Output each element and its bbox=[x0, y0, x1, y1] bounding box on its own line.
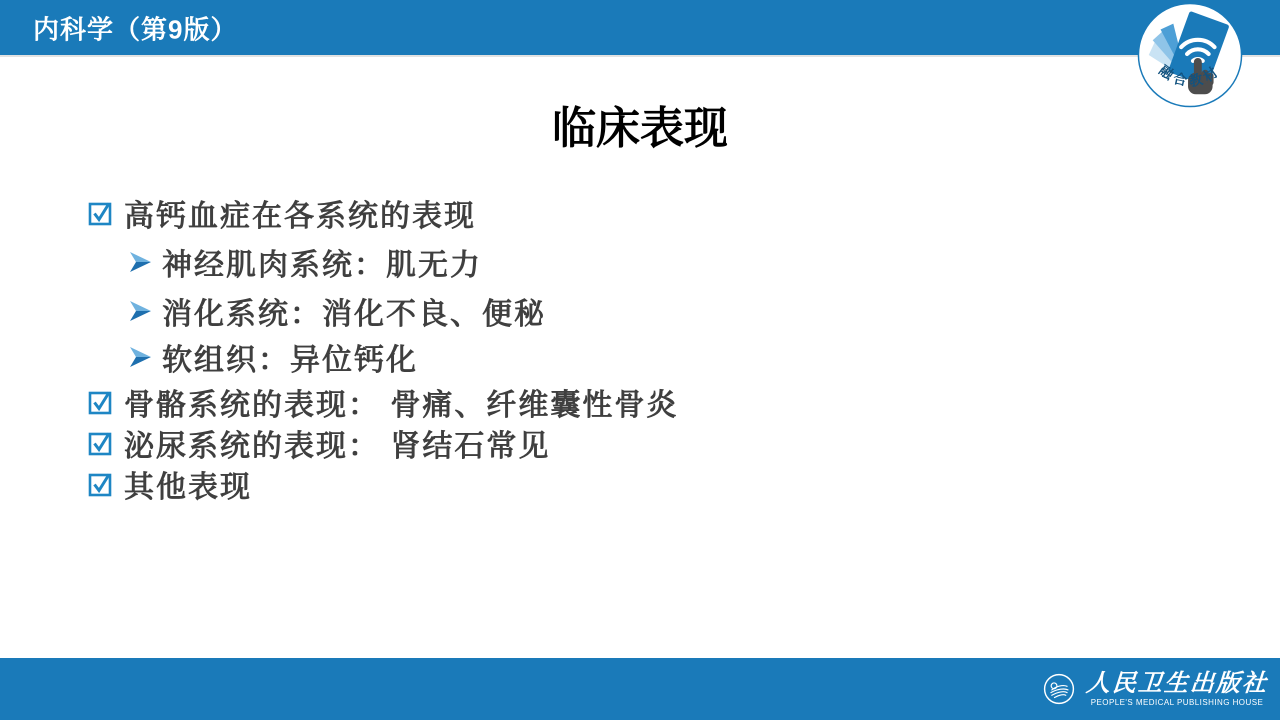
arrow-bullet-icon bbox=[128, 345, 152, 369]
bullet-row: 泌尿系统的表现： 肾结石常见 bbox=[88, 426, 678, 460]
bullet-row: 骨骼系统的表现： 骨痛、纤维囊性骨炎 bbox=[88, 385, 678, 419]
header-bar: 内科学（第9版） bbox=[0, 0, 1280, 57]
arrow-bullet-icon bbox=[128, 299, 152, 323]
publisher-name-en: PEOPLE'S MEDICAL PUBLISHING HOUSE bbox=[1091, 698, 1264, 707]
sub-bullet-row: 神经肌肉系统：肌无力 bbox=[128, 245, 678, 279]
book-title: 内科学（第9版） bbox=[33, 9, 237, 46]
bullet-text: 其他表现 bbox=[124, 462, 252, 506]
publisher-name-cn: 人民卫生出版社 bbox=[1085, 672, 1269, 696]
checkbox-checked-icon bbox=[88, 200, 114, 226]
bullet-text: 泌尿系统的表现： 肾结石常见 bbox=[124, 421, 550, 465]
checkbox-checked-icon bbox=[88, 430, 114, 456]
sub-bullet-row: 消化系统：消化不良、便秘 bbox=[128, 294, 678, 328]
checkbox-checked-icon bbox=[88, 471, 114, 497]
bullet-row: 其他表现 bbox=[88, 467, 678, 501]
arrow-bullet-icon bbox=[128, 250, 152, 274]
bullet-row: 高钙血症在各系统的表现 bbox=[88, 196, 678, 230]
sub-bullet-row: 软组织：异位钙化 bbox=[128, 340, 678, 374]
slide: 内科学（第9版） 融合教材 bbox=[0, 0, 1280, 720]
bullet-text: 软组织：异位钙化 bbox=[162, 335, 418, 379]
bullet-text: 骨骼系统的表现： 骨痛、纤维囊性骨炎 bbox=[124, 380, 678, 424]
bullet-text: 消化系统：消化不良、便秘 bbox=[162, 289, 546, 333]
bullet-text: 高钙血症在各系统的表现 bbox=[124, 191, 476, 235]
bullet-text: 神经肌肉系统：肌无力 bbox=[162, 240, 482, 284]
footer-bar: 人民卫生出版社 PEOPLE'S MEDICAL PUBLISHING HOUS… bbox=[0, 658, 1280, 720]
bullet-list: 高钙血症在各系统的表现 神经肌肉系统：肌无力 消化系统：消化不良、便秘 bbox=[88, 196, 678, 501]
slide-title: 临床表现 bbox=[0, 92, 1280, 156]
checkbox-checked-icon bbox=[88, 389, 114, 415]
publisher-emblem-icon bbox=[1041, 671, 1077, 707]
publisher-text: 人民卫生出版社 PEOPLE'S MEDICAL PUBLISHING HOUS… bbox=[1086, 672, 1268, 707]
publisher-logo: 人民卫生出版社 PEOPLE'S MEDICAL PUBLISHING HOUS… bbox=[1041, 671, 1268, 707]
